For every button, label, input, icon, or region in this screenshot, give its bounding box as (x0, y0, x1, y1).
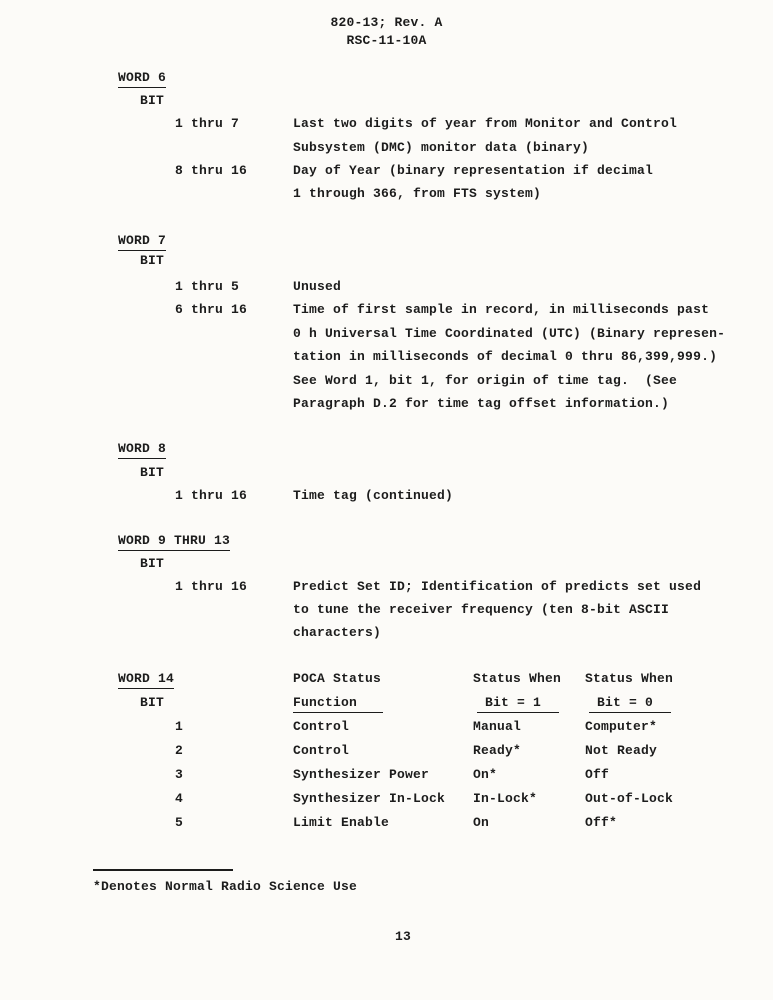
description-line: See Word 1, bit 1, for origin of time ta… (293, 373, 677, 389)
column-header-bit0-1: Status When (585, 671, 673, 687)
description-line: tation in milliseconds of decimal 0 thru… (293, 349, 717, 365)
table-row-bit1: Manual (473, 719, 521, 735)
bit-range: 1 thru 7 (175, 116, 239, 132)
table-row-bit: 3 (175, 767, 183, 783)
description-line: 1 through 366, from FTS system) (293, 186, 541, 202)
description-line: Unused (293, 279, 341, 295)
table-row-bit0: Out-of-Lock (585, 791, 673, 807)
table-row-bit0: Off (585, 767, 609, 783)
word-7-bit-label: BIT (140, 253, 164, 269)
column-header-function-2: Function (293, 695, 383, 713)
description-line: Time of first sample in record, in milli… (293, 302, 709, 318)
word-7-heading-text: WORD 7 (118, 233, 166, 251)
footnote-text: *Denotes Normal Radio Science Use (93, 879, 357, 895)
description-line: 0 h Universal Time Coordinated (UTC) (Bi… (293, 326, 725, 342)
description-line: Paragraph D.2 for time tag offset inform… (293, 396, 669, 412)
table-row-function: Control (293, 719, 349, 735)
bit-range: 8 thru 16 (175, 163, 247, 179)
word-7-heading: WORD 7 (118, 233, 166, 251)
page-number: 13 (395, 929, 411, 945)
doc-number: 820-13; Rev. A (0, 15, 773, 31)
table-row-bit: 2 (175, 743, 183, 759)
table-row-bit0: Computer* (585, 719, 657, 735)
bit-range: 1 thru 16 (175, 488, 247, 504)
table-row-function: Limit Enable (293, 815, 389, 831)
table-row-bit1: On (473, 815, 489, 831)
word-14-heading: WORD 14 (118, 671, 174, 689)
word-8-heading-text: WORD 8 (118, 441, 166, 459)
word-6-heading: WORD 6 (118, 70, 166, 88)
column-header-bit1-1: Status When (473, 671, 561, 687)
column-header-bit1-2-text: Bit = 1 (477, 695, 559, 713)
word-14-heading-text: WORD 14 (118, 671, 174, 689)
word-9-13-bit-label: BIT (140, 556, 164, 572)
word-8-heading: WORD 8 (118, 441, 166, 459)
description-line: Last two digits of year from Monitor and… (293, 116, 677, 132)
table-row-function: Control (293, 743, 349, 759)
table-row-bit1: Ready* (473, 743, 521, 759)
table-row-bit0: Not Ready (585, 743, 657, 759)
word-8-bit-label: BIT (140, 465, 164, 481)
description-line: Time tag (continued) (293, 488, 453, 504)
bit-range: 1 thru 5 (175, 279, 239, 295)
column-header-bit1-2: Bit = 1 (477, 695, 559, 713)
footnote-separator (93, 869, 233, 871)
description-line: to tune the receiver frequency (ten 8-bi… (293, 602, 669, 618)
word-6-bit-label: BIT (140, 93, 164, 109)
description-line: characters) (293, 625, 381, 641)
table-row-bit1: On* (473, 767, 497, 783)
table-row-bit1: In-Lock* (473, 791, 537, 807)
table-row-function: Synthesizer Power (293, 767, 429, 783)
doc-reference: RSC-11-10A (0, 33, 773, 49)
table-row-bit: 1 (175, 719, 183, 735)
word-9-13-heading-text: WORD 9 THRU 13 (118, 533, 230, 551)
column-header-bit0-2-text: Bit = 0 (589, 695, 671, 713)
description-line: Subsystem (DMC) monitor data (binary) (293, 140, 589, 156)
word-9-13-heading: WORD 9 THRU 13 (118, 533, 230, 551)
document-page: 820-13; Rev. A RSC-11-10A WORD 6 BIT 1 t… (0, 0, 773, 1000)
table-row-bit: 5 (175, 815, 183, 831)
column-header-function-2-text: Function (293, 695, 383, 713)
table-row-function: Synthesizer In-Lock (293, 791, 445, 807)
table-row-bit0: Off* (585, 815, 617, 831)
bit-range: 6 thru 16 (175, 302, 247, 318)
word-14-bit-label: BIT (140, 695, 164, 711)
table-row-bit: 4 (175, 791, 183, 807)
description-line: Day of Year (binary representation if de… (293, 163, 653, 179)
description-line: Predict Set ID; Identification of predic… (293, 579, 701, 595)
column-header-function-1: POCA Status (293, 671, 381, 687)
column-header-bit0-2: Bit = 0 (589, 695, 671, 713)
bit-range: 1 thru 16 (175, 579, 247, 595)
word-6-heading-text: WORD 6 (118, 70, 166, 88)
